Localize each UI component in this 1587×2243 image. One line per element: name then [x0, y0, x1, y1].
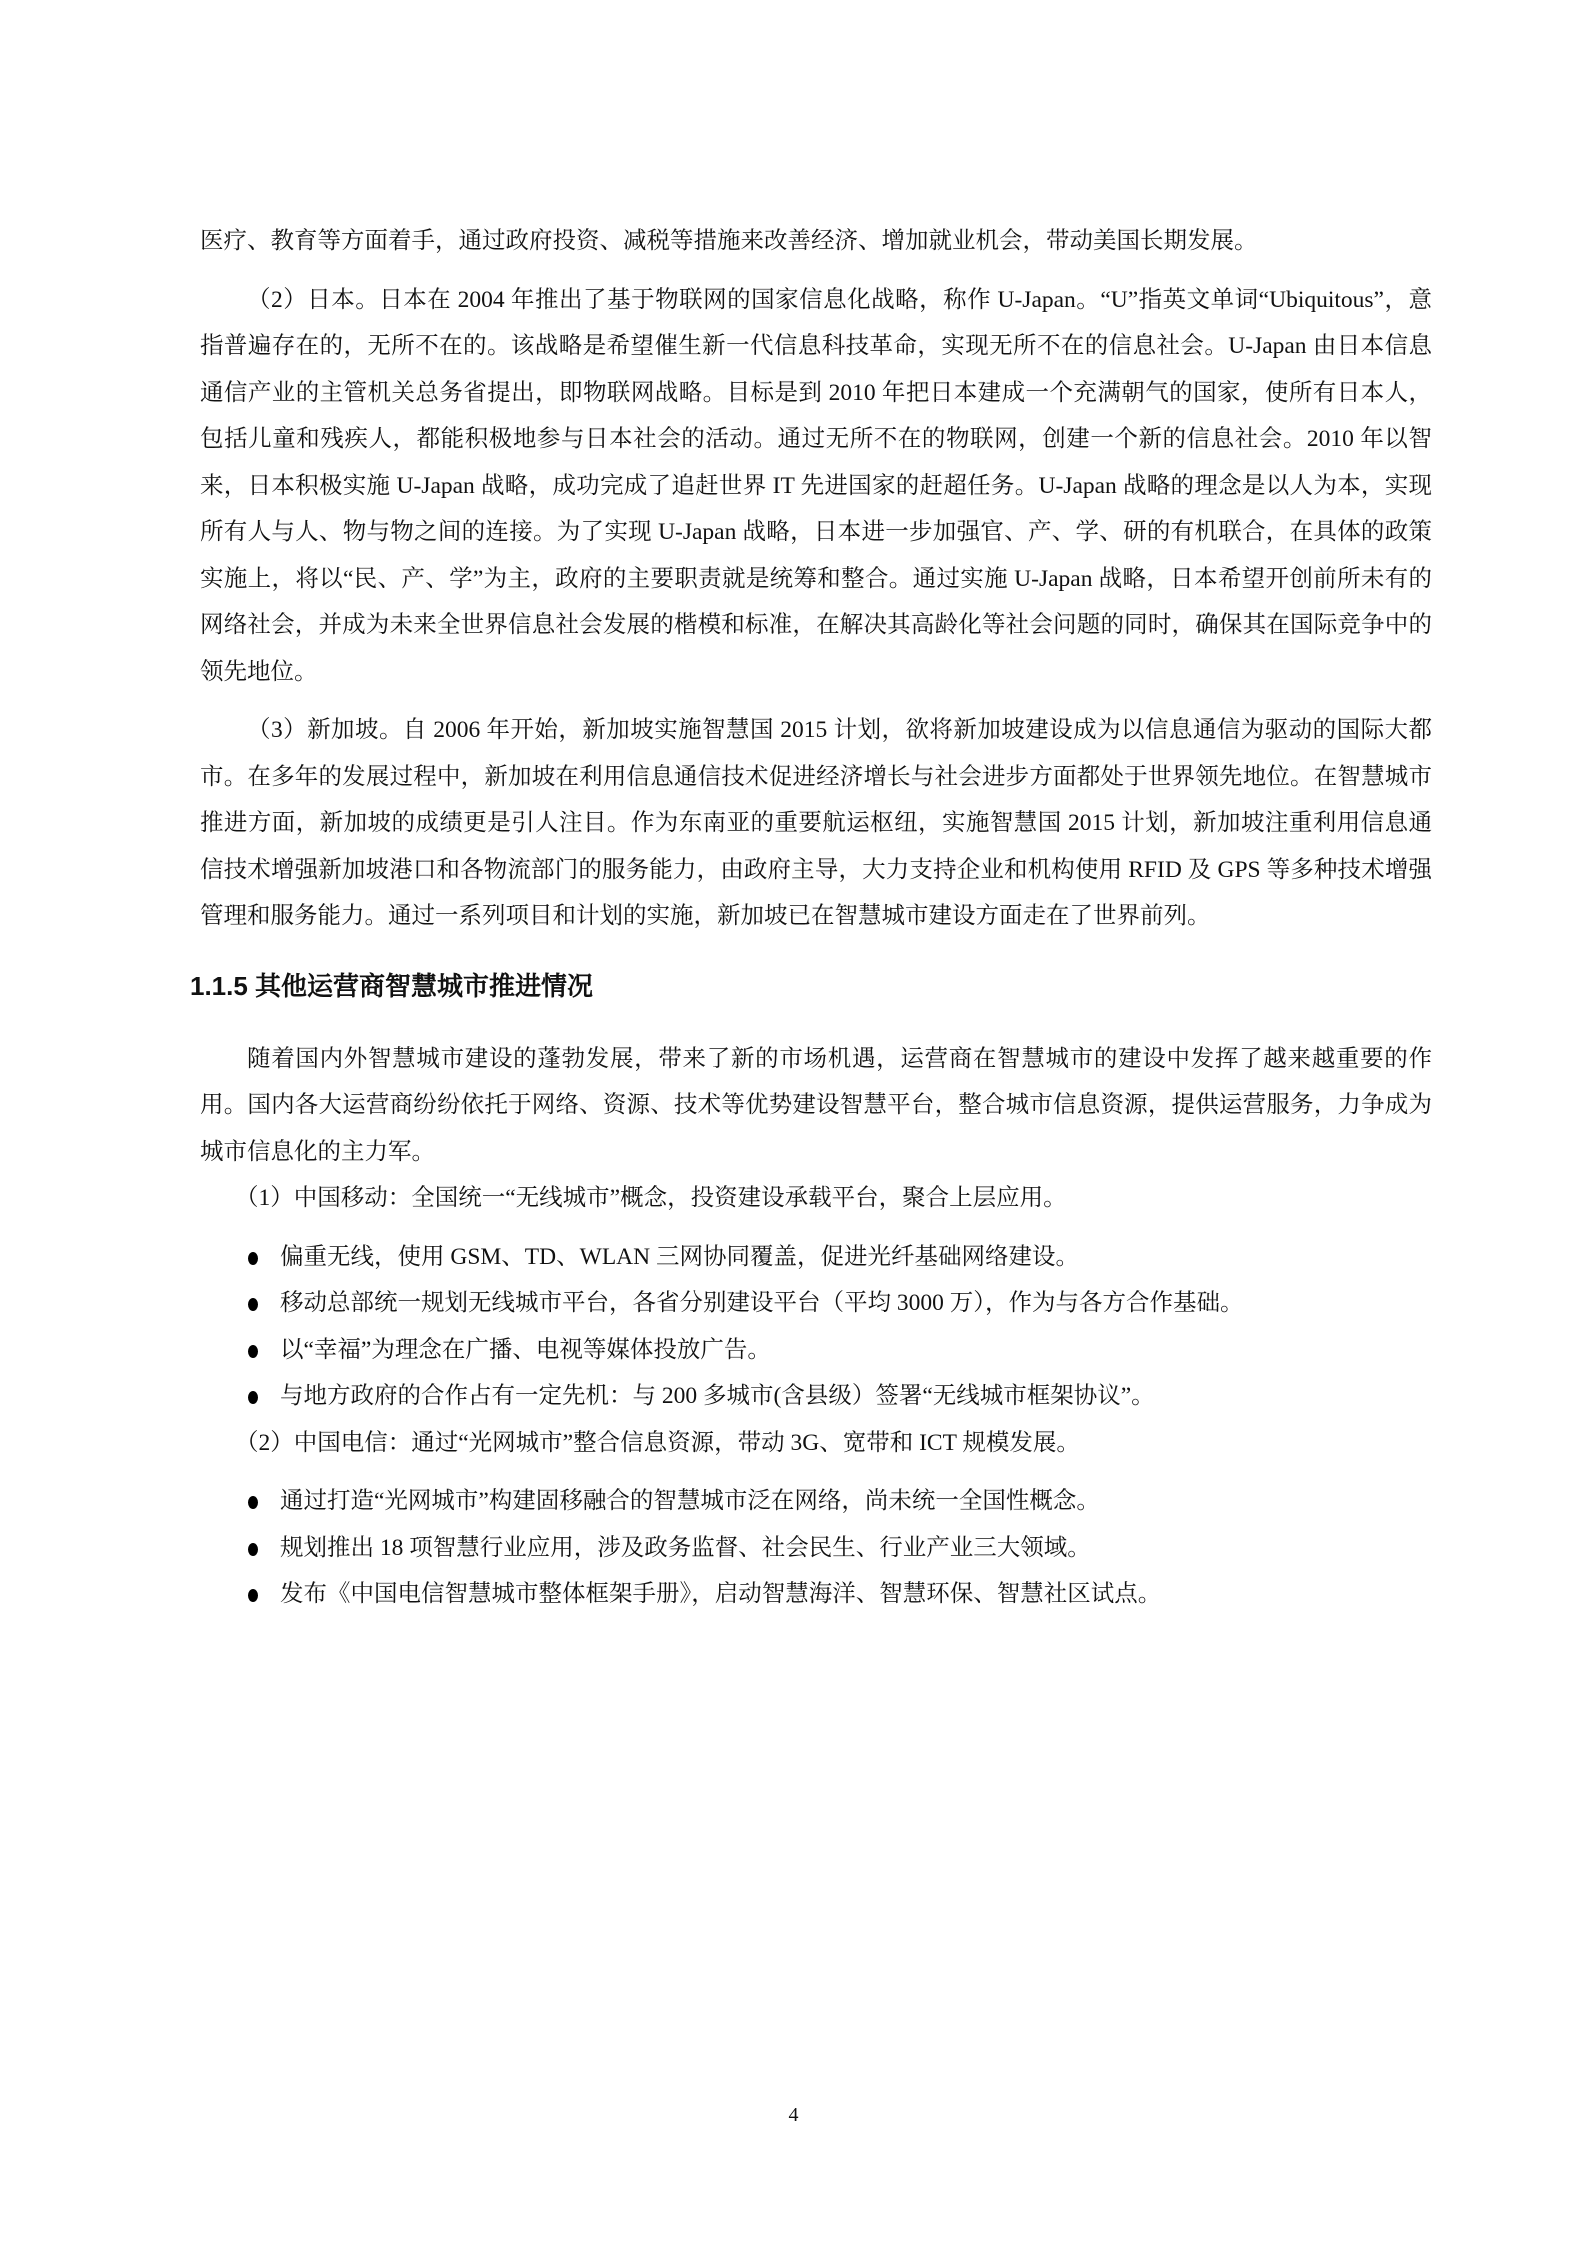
bullet-list-telecom: 通过打造“光网城市”构建固移融合的智慧城市泛在网络，尚未统一全国性概念。 规划推… [200, 1478, 1432, 1618]
bullet-icon [248, 1252, 258, 1265]
paragraph-us-continuation: 医疗、教育等方面着手，通过政府投资、减税等措施来改善经济、增加就业机会，带动美国… [200, 218, 1432, 265]
page-number: 4 [0, 2104, 1587, 2127]
bullet-icon [248, 1345, 258, 1358]
list-item: 与地方政府的合作占有一定先机：与 200 多城市(含县级）签署“无线城市框架协议… [200, 1373, 1432, 1420]
section-intro: 随着国内外智慧城市建设的蓬勃发展，带来了新的市场机遇，运营商在智慧城市的建设中发… [200, 1036, 1432, 1176]
bullet-list-mobile: 偏重无线，使用 GSM、TD、WLAN 三网协同覆盖，促进光纤基础网络建设。 移… [200, 1234, 1432, 1420]
section-heading: 1.1.5 其他运营商智慧城市推进情况 [190, 966, 1432, 1006]
bullet-icon [248, 1391, 258, 1404]
operator-title-mobile: （1）中国移动：全国统一“无线城市”概念，投资建设承载平台，聚合上层应用。 [200, 1175, 1432, 1222]
list-item: 发布《中国电信智慧城市整体框架手册》，启动智慧海洋、智慧环保、智慧社区试点。 [200, 1571, 1432, 1618]
operator-title-telecom: （2）中国电信：通过“光网城市”整合信息资源，带动 3G、宽带和 ICT 规模发… [200, 1420, 1432, 1467]
list-item: 移动总部统一规划无线城市平台，各省分别建设平台（平均 3000 万），作为与各方… [200, 1280, 1432, 1327]
paragraph-singapore: （3）新加坡。自 2006 年开始，新加坡实施智慧国 2015 计划，欲将新加坡… [200, 707, 1432, 940]
bullet-icon [248, 1298, 258, 1311]
list-item: 通过打造“光网城市”构建固移融合的智慧城市泛在网络，尚未统一全国性概念。 [200, 1478, 1432, 1525]
list-item: 规划推出 18 项智慧行业应用，涉及政务监督、社会民生、行业产业三大领域。 [200, 1525, 1432, 1572]
list-item: 以“幸福”为理念在广播、电视等媒体投放广告。 [200, 1327, 1432, 1374]
list-item: 偏重无线，使用 GSM、TD、WLAN 三网协同覆盖，促进光纤基础网络建设。 [200, 1234, 1432, 1281]
bullet-icon [248, 1543, 258, 1556]
document-page: 医疗、教育等方面着手，通过政府投资、减税等措施来改善经济、增加就业机会，带动美国… [200, 218, 1432, 1618]
paragraph-japan: （2）日本。日本在 2004 年推出了基于物联网的国家信息化战略，称作 U-Ja… [200, 277, 1432, 696]
bullet-icon [248, 1589, 258, 1602]
bullet-icon [248, 1496, 258, 1509]
